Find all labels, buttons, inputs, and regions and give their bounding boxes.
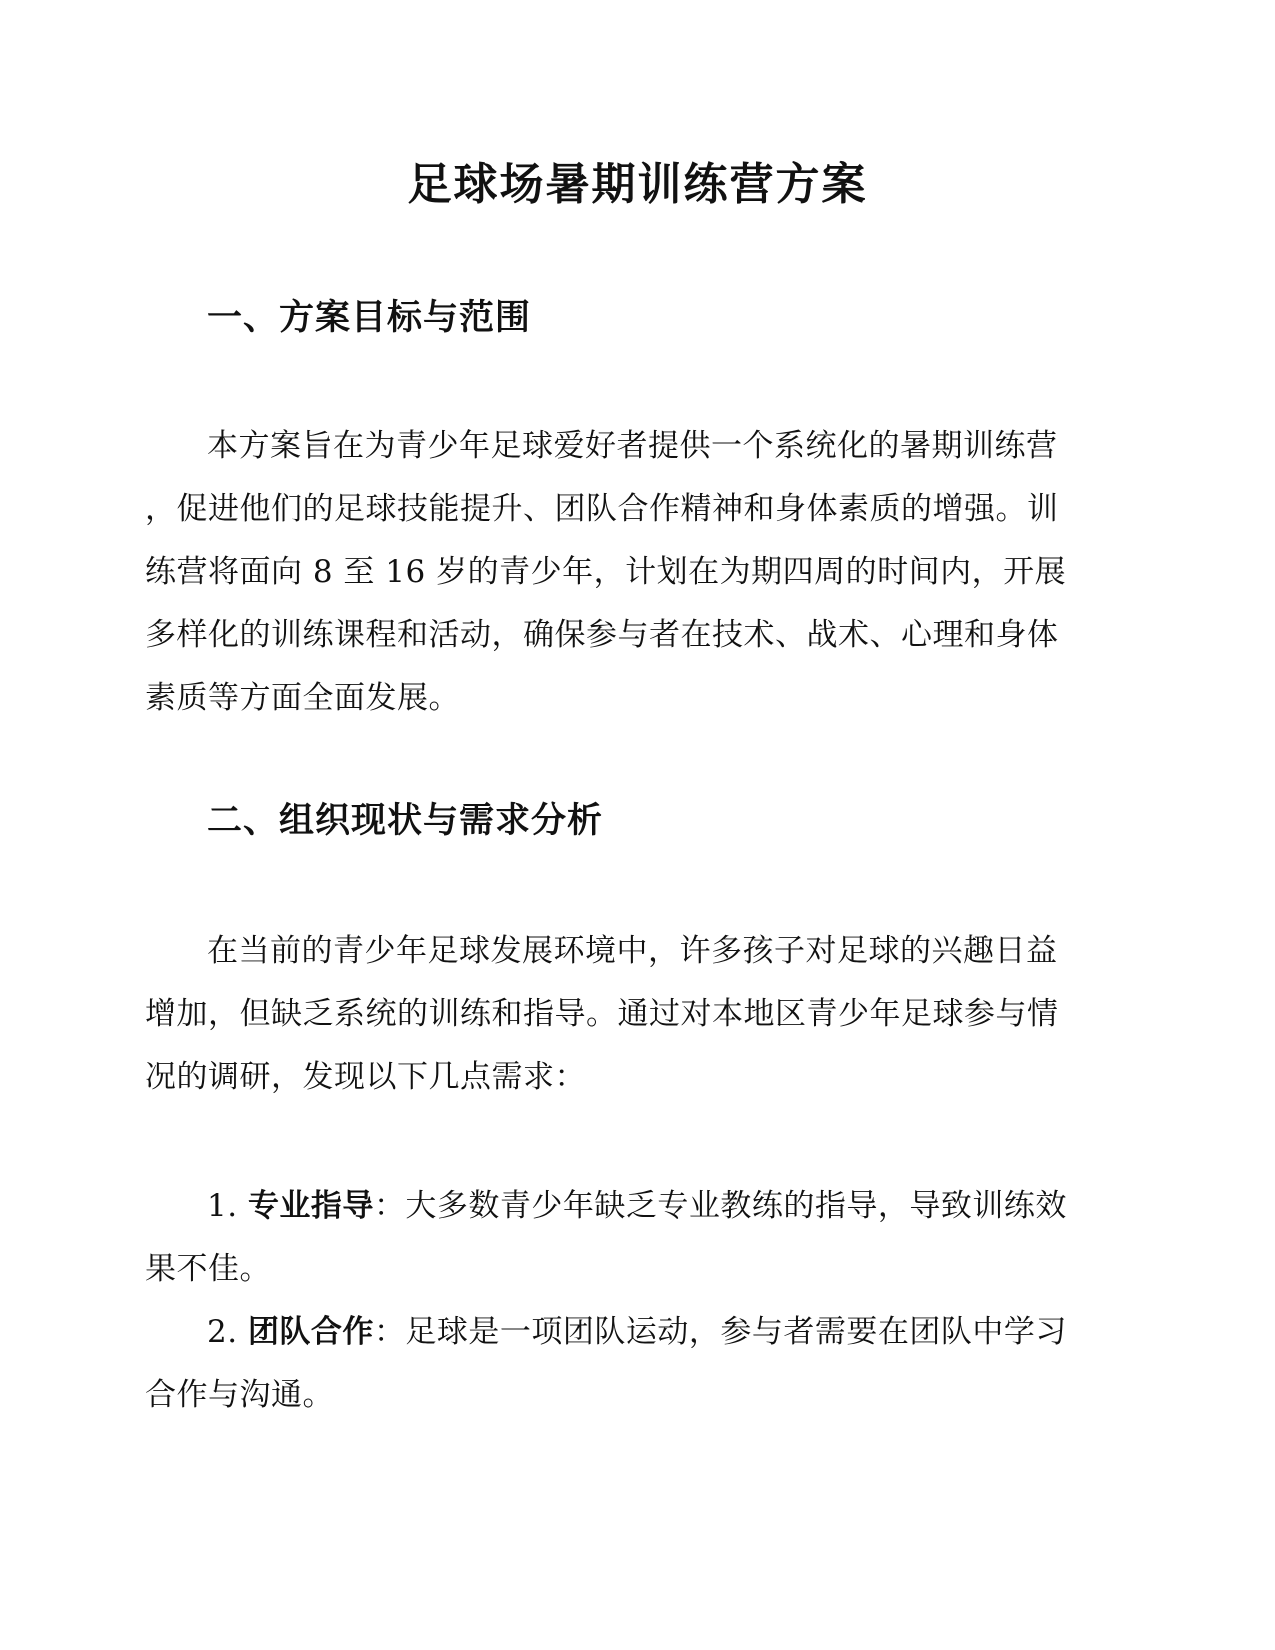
- paragraph-line: 练营将面向 8 至 16 岁的青少年，计划在为期四周的时间内，开展: [145, 546, 1066, 591]
- list-item-text: ：大多数青少年缺乏专业教练的指导，导致训练效: [374, 1188, 1067, 1224]
- paragraph-line: 在当前的青少年足球发展环境中，许多孩子对足球的兴趣日益: [207, 925, 1058, 970]
- list-item-1-continuation: 果不佳。: [145, 1243, 271, 1288]
- paragraph-line: 素质等方面全面发展。: [145, 672, 460, 717]
- list-item-2-continuation: 合作与沟通。: [145, 1369, 334, 1414]
- list-item-text: ：足球是一项团队运动，参与者需要在团队中学习: [374, 1314, 1067, 1350]
- paragraph-line: 况的调研，发现以下几点需求：: [145, 1051, 586, 1096]
- list-number: 2.: [207, 1314, 238, 1350]
- list-number: 1.: [207, 1188, 238, 1224]
- list-item-2: 2. 团队合作：足球是一项团队运动，参与者需要在团队中学习: [207, 1306, 1067, 1351]
- list-item-1: 1. 专业指导：大多数青少年缺乏专业教练的指导，导致训练效: [207, 1180, 1067, 1225]
- section-1-heading: 一、方案目标与范围: [207, 290, 531, 340]
- paragraph-line: ，促进他们的足球技能提升、团队合作精神和身体素质的增强。训: [145, 483, 1059, 528]
- document-title: 足球场暑期训练营方案: [0, 148, 1275, 212]
- paragraph-line: 本方案旨在为青少年足球爱好者提供一个系统化的暑期训练营: [207, 420, 1058, 465]
- paragraph-line: 增加，但缺乏系统的训练和指导。通过对本地区青少年足球参与情: [145, 988, 1059, 1033]
- paragraph-line: 多样化的训练课程和活动，确保参与者在技术、战术、心理和身体: [145, 609, 1059, 654]
- list-item-lead: 专业指导: [248, 1188, 374, 1224]
- section-2-heading: 二、组织现状与需求分析: [207, 793, 603, 843]
- list-item-lead: 团队合作: [248, 1314, 374, 1350]
